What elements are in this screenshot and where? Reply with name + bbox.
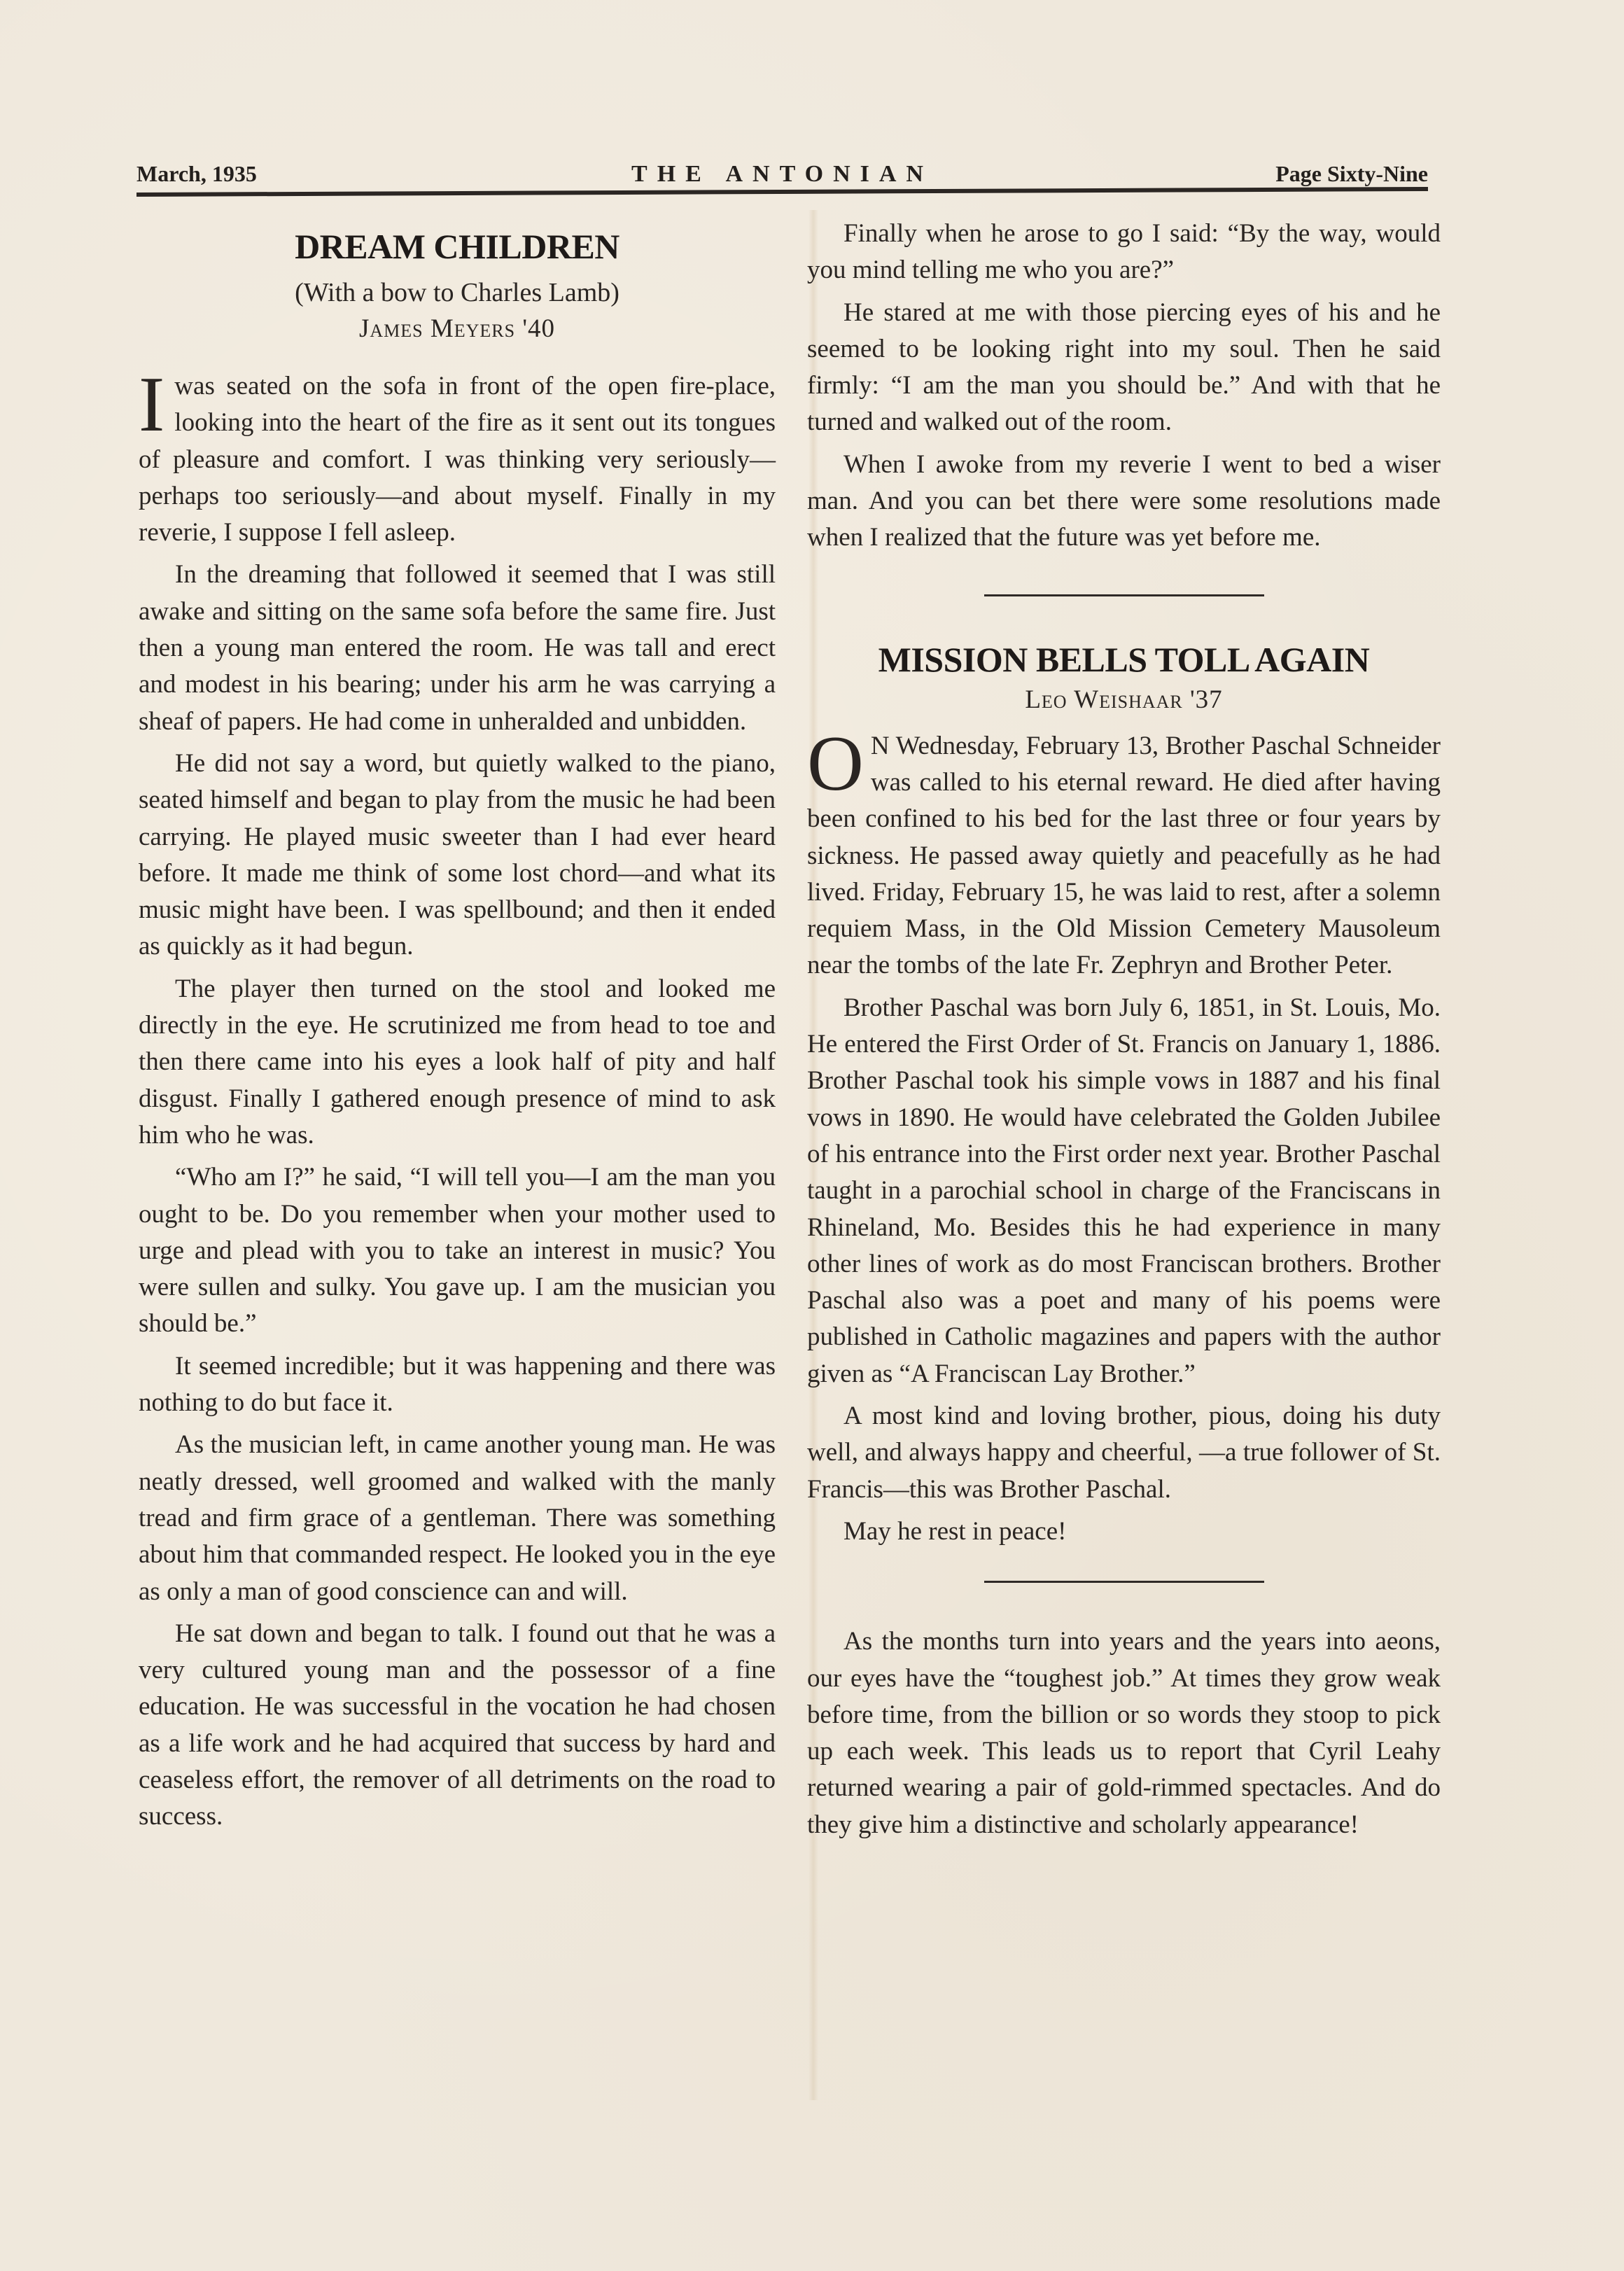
paragraph: Iwas seated on the sofa in front of the … (139, 368, 776, 551)
drop-cap: I (139, 374, 164, 435)
paragraph: ON Wednesday, February 13, Brother Pas­c… (807, 728, 1441, 984)
article-byline: James Meyers '40 (139, 311, 776, 347)
paragraph: The player then turned on the stool and … (139, 971, 776, 1154)
article-title-dream-children: DREAM CHILDREN (139, 225, 776, 267)
paragraph: May he rest in peace! (807, 1514, 1441, 1550)
paragraph: Finally when he arose to go I said: “By … (807, 216, 1441, 289)
paragraph: When I awoke from my reverie I went to b… (807, 447, 1441, 557)
paragraph: A most kind and loving brother, pious, d… (807, 1398, 1441, 1508)
paragraph: In the dreaming that followed it seemed … (139, 557, 776, 739)
paragraph: He did not say a word, but quietly walke… (139, 746, 776, 965)
page-number: Page Sixty-Nine (1275, 161, 1428, 187)
paragraph: As the months turn into years and the ye… (807, 1623, 1441, 1843)
section-divider (984, 594, 1264, 596)
paragraph: As the musician left, in came another yo… (139, 1427, 776, 1609)
paragraph: “Who am I?” he said, “I will tell you—I … (139, 1159, 776, 1342)
drop-cap: O (807, 732, 864, 795)
paragraph: He stared at me with those piercing eyes… (807, 295, 1441, 441)
article-title-mission-bells: MISSION BELLS TOLL AGAIN (807, 638, 1441, 680)
paragraph: It seemed incredible; but it was happeni… (139, 1348, 776, 1422)
right-column: Finally when he arose to go I said: “By … (807, 216, 1441, 1843)
section-divider (984, 1581, 1264, 1583)
running-head: March, 1935 THE ANTONIAN Page Sixty-Nine (136, 155, 1428, 190)
publication-title: THE ANTONIAN (136, 161, 1428, 188)
paragraph: He sat down and began to talk. I found o… (139, 1616, 776, 1836)
paragraph: Brother Paschal was born July 6, 1851, i… (807, 990, 1441, 1392)
left-column: DREAM CHILDREN (With a bow to Charles La… (139, 216, 776, 1836)
article-byline: Leo Weishaar '37 (807, 682, 1441, 718)
article-subtitle: (With a bow to Charles Lamb) (139, 274, 776, 311)
